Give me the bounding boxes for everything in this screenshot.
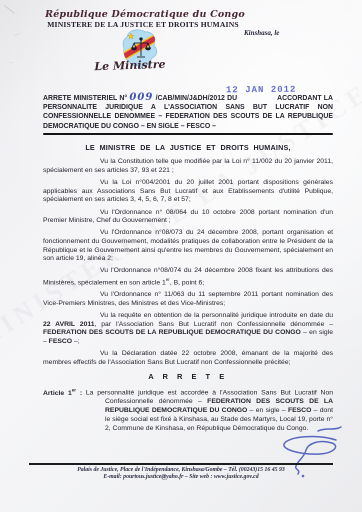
title-divider (43, 133, 333, 136)
recital-paragraph-requete: Vu la requête en obtention de la personn… (43, 312, 333, 346)
dateline-label: Kinshasa, le (244, 29, 279, 37)
decree-title-paragraph: ARRETE MINISTERIEL N° 009 /CAB/MIN/J&DH/… (43, 94, 333, 131)
footer-divider (29, 463, 333, 465)
scan-crease (4, 5, 15, 14)
recital-paragraph-constitution: Vu la Constitution telle que modifiée pa… (43, 158, 333, 175)
republic-title: République Démocratique du Congo (35, 9, 255, 20)
scanned-decree-page: MINISTERE DE LA JUSTICE ET DROITS HUMAIN… (0, 0, 362, 512)
recital-paragraph-ordonnance-08-064: Vu l'Ordonnance n° 08/064 du 10 octobre … (43, 209, 333, 226)
footer-contacts: E-mail: pourtous.justice@yaho.fr – Site … (0, 474, 362, 481)
recital-paragraph-declaration: Vu la Déclaration datée 22 octobre 2008,… (43, 350, 333, 367)
scan-crease (14, 33, 20, 36)
recital-paragraph-ordonnance-08-073: Vu l'Ordonnance n°08/073 du 24 décembre … (43, 229, 333, 263)
arrete-heading: A R R E T E (43, 372, 333, 381)
scan-crease (9, 61, 13, 63)
document-body: ARRETE MINISTERIEL N° 009 /CAB/MIN/J&DH/… (43, 94, 333, 434)
recital-paragraph-ordonnance-08-074: Vu l'Ordonnance n°08/074 du 24 décembre … (43, 267, 333, 287)
minister-script-label: Le Ministre (60, 57, 200, 75)
article-1-label: Article 1er : (43, 390, 86, 397)
recital-paragraph-loi-004-2001: Vu la Loi n°004/2001 du 20 juillet 2001 … (43, 179, 333, 205)
footer: Palais de Justice, Place de l'Indépendan… (0, 463, 362, 482)
footer-address: Palais de Justice, Place de l'Indépendan… (0, 467, 362, 474)
recital-paragraph-ordonnance-11-063: Vu l'Ordonnance n° 11/063 du 11 septembr… (43, 291, 333, 308)
minister-heading: LE MINISTRE DE LA JUSTICE ET DROITS HUMA… (43, 143, 333, 152)
